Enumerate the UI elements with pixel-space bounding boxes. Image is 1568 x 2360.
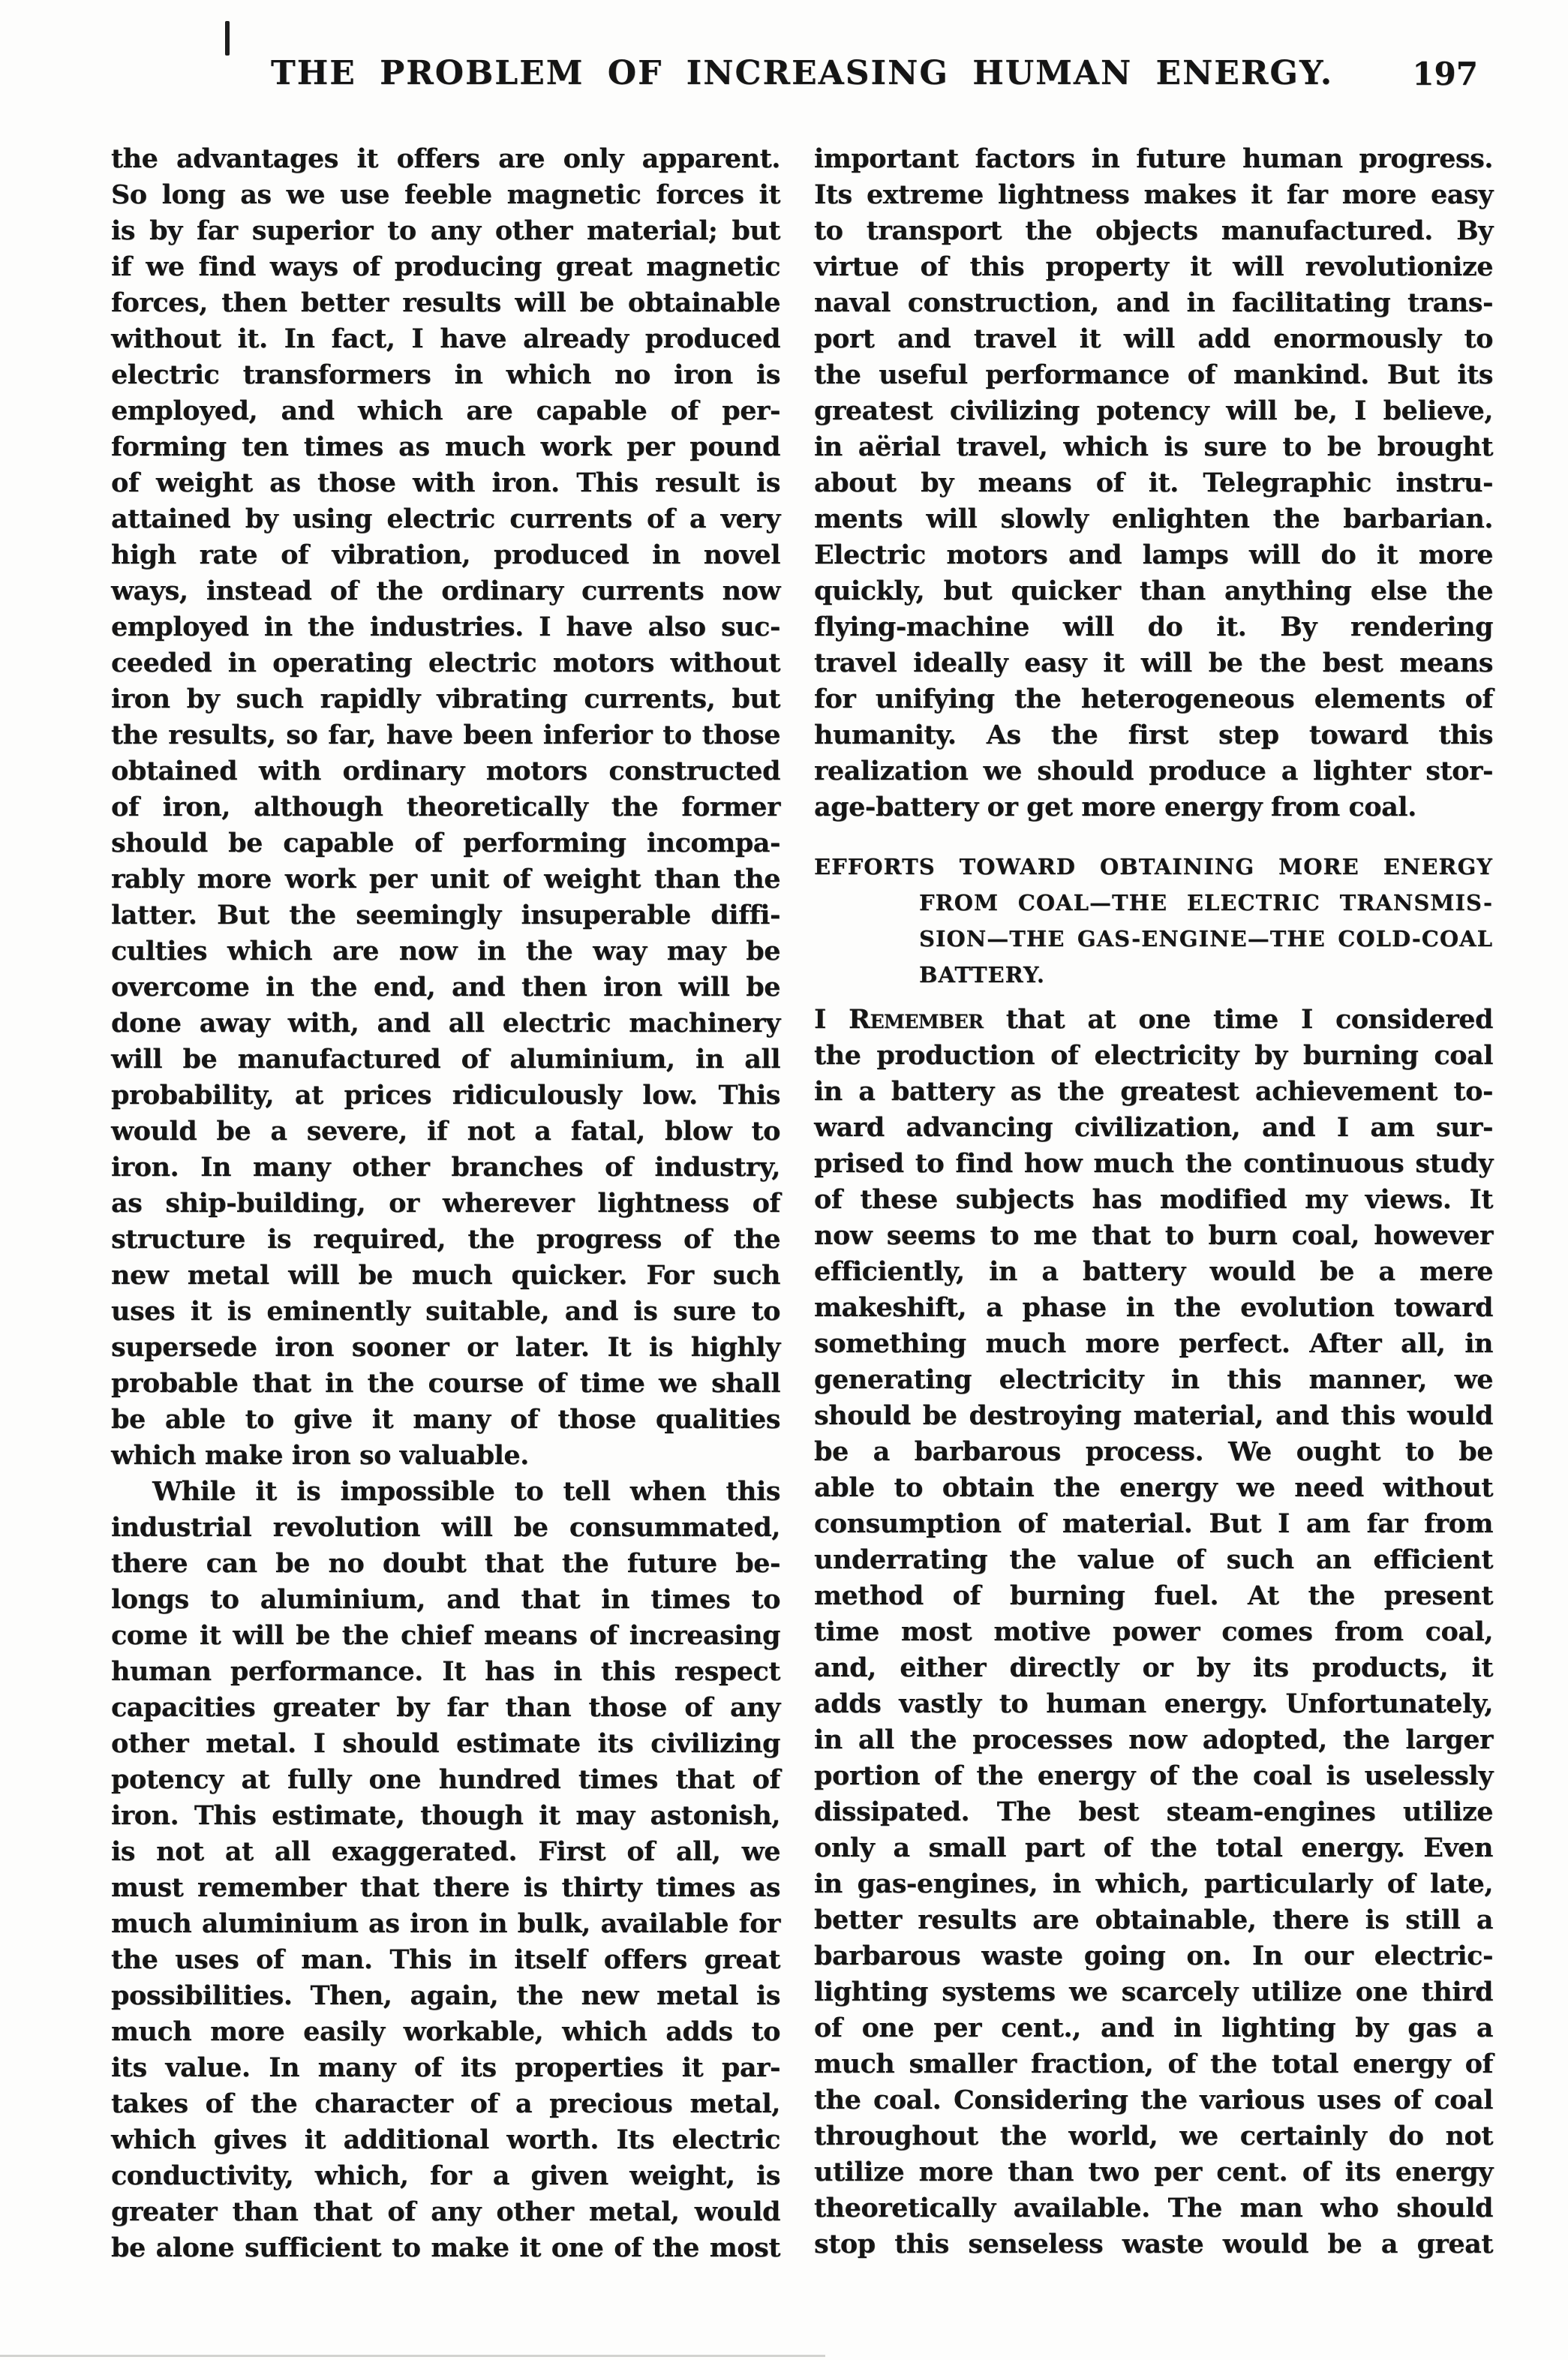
text-line: be alone sufficient to make it one of th… xyxy=(111,2230,780,2266)
text-line: must remember that there is thirty times… xyxy=(111,1870,780,1906)
text-line: throughout the world, we certainly do no… xyxy=(814,2118,1493,2154)
text-line: lighting systems we scarcely utilize one… xyxy=(814,1974,1493,2010)
scanned-page: THE PROBLEM OF INCREASING HUMAN ENERGY. … xyxy=(0,0,1568,2360)
text-line: important factors in future human progre… xyxy=(814,141,1493,177)
text-line: be able to give it many of those qualiti… xyxy=(111,1402,780,1438)
text-line: travel ideally easy it will be the best … xyxy=(814,645,1493,681)
text-line: in a battery as the greatest achievement… xyxy=(814,1074,1493,1110)
text-line: theoretically available. The man who sho… xyxy=(814,2190,1493,2226)
text-line: should be destroying material, and this … xyxy=(814,1398,1493,1434)
text-line: much aluminium as iron in bulk, availabl… xyxy=(111,1906,780,1942)
text-line: BATTERY. xyxy=(814,957,1493,993)
text-line: is not at all exaggerated. First of all,… xyxy=(111,1834,780,1870)
text-line: would be a severe, if not a fatal, blow … xyxy=(111,1114,780,1150)
text-line: iron by such rapidly vibrating currents,… xyxy=(111,681,780,717)
text-line: better results are obtainable, there is … xyxy=(814,1902,1493,1938)
text-line: capacities greater by far than those of … xyxy=(111,1690,780,1726)
text-line: structure is required, the progress of t… xyxy=(111,1222,780,1258)
text-line: come it will be the chief means of incre… xyxy=(111,1618,780,1654)
text-line: Its extreme lightness makes it far more … xyxy=(814,177,1493,213)
text-line: without it. In fact, I have already prod… xyxy=(111,321,780,357)
text-line: SION—THE GAS-ENGINE—THE COLD-COAL xyxy=(814,921,1493,957)
text-line: flying-machine will do it. By rendering xyxy=(814,609,1493,645)
text-line: prised to find how much the continuous s… xyxy=(814,1146,1493,1182)
text-line: probable that in the course of time we s… xyxy=(111,1366,780,1402)
text-line: takes of the character of a precious met… xyxy=(111,2086,780,2122)
text-line: overcome in the end, and then iron will … xyxy=(111,970,780,1006)
text-line: culties which are now in the way may be xyxy=(111,933,780,970)
text-line: underrating the value of such an efficie… xyxy=(814,1542,1493,1578)
text-line: about by means of it. Telegraphic instru… xyxy=(814,465,1493,501)
text-line: the advantages it offers are only appare… xyxy=(111,141,780,177)
text-line: is by far superior to any other material… xyxy=(111,213,780,249)
text-line: rably more work per unit of weight than … xyxy=(111,861,780,897)
page-number: 197 xyxy=(1412,56,1478,92)
text-line: of weight as those with iron. This resul… xyxy=(111,465,780,501)
text-line: as ship-building, or wherever lightness … xyxy=(111,1186,780,1222)
text-line: obtained with ordinary motors constructe… xyxy=(111,753,780,789)
text-line: which make iron so valuable. xyxy=(111,1438,780,1474)
text-line: in gas-engines, in which, particularly o… xyxy=(814,1866,1493,1902)
text-line: naval construction, and in facilitating … xyxy=(814,285,1493,321)
text-line: ceeded in operating electric motors with… xyxy=(111,645,780,681)
text-line: I Remember that at one time I considered xyxy=(814,1002,1493,1038)
text-line: port and travel it will add enormously t… xyxy=(814,321,1493,357)
text-line: age-battery or get more energy from coal… xyxy=(814,789,1493,825)
text-line: utilize more than two per cent. of its e… xyxy=(814,2154,1493,2190)
section-heading: EFFORTS TOWARD OBTAINING MORE ENERGYFROM… xyxy=(814,849,1493,993)
page-header: THE PROBLEM OF INCREASING HUMAN ENERGY. … xyxy=(111,54,1493,107)
text-line: While it is impossible to tell when this xyxy=(111,1474,780,1510)
text-line: of iron, although theoretically the form… xyxy=(111,789,780,825)
text-line: the results, so far, have been inferior … xyxy=(111,717,780,753)
text-line: humanity. As the first step toward this xyxy=(814,717,1493,753)
text-line: greatest civilizing potency will be, I b… xyxy=(814,393,1493,429)
text-line: stop this senseless waste would be a gre… xyxy=(814,2226,1493,2262)
paragraph: the advantages it offers are only appare… xyxy=(111,141,780,1474)
text-line: generating electricity in this manner, w… xyxy=(814,1362,1493,1398)
text-line: other metal. I should estimate its civil… xyxy=(111,1726,780,1762)
text-line: employed, and which are capable of per- xyxy=(111,393,780,429)
paragraph: I Remember that at one time I considered… xyxy=(814,1002,1493,2262)
paragraph: While it is impossible to tell when this… xyxy=(111,1474,780,2266)
text-line: makeshift, a phase in the evolution towa… xyxy=(814,1290,1493,1326)
text-line: conductivity, which, for a given weight,… xyxy=(111,2158,780,2194)
text-line: in aërial travel, which is sure to be br… xyxy=(814,429,1493,465)
text-line: So long as we use feeble magnetic forces… xyxy=(111,177,780,213)
article-title: THE PROBLEM OF INCREASING HUMAN ENERGY. xyxy=(111,54,1493,92)
text-line: time most motive power comes from coal, xyxy=(814,1614,1493,1650)
text-line: the uses of man. This in itself offers g… xyxy=(111,1942,780,1978)
text-line: something much more perfect. After all, … xyxy=(814,1326,1493,1362)
text-line: ways, instead of the ordinary currents n… xyxy=(111,573,780,609)
scan-edge-artifact xyxy=(0,2355,825,2357)
text-line: human performance. It has in this respec… xyxy=(111,1654,780,1690)
text-line: dissipated. The best steam-engines utili… xyxy=(814,1794,1493,1830)
scan-artifact xyxy=(225,21,230,56)
text-line: to transport the objects manufactured. B… xyxy=(814,213,1493,249)
text-line: of one per cent., and in lighting by gas… xyxy=(814,2010,1493,2046)
text-line: much smaller fraction, of the total ener… xyxy=(814,2046,1493,2082)
text-line: probability, at prices ridiculously low.… xyxy=(111,1078,780,1114)
text-line: the useful performance of mankind. But i… xyxy=(814,357,1493,393)
text-line: for unifying the heterogeneous elements … xyxy=(814,681,1493,717)
text-line: will be manufactured of aluminium, in al… xyxy=(111,1042,780,1078)
text-line: greater than that of any other metal, wo… xyxy=(111,2194,780,2230)
text-line: virtue of this property it will revoluti… xyxy=(814,249,1493,285)
text-line: FROM COAL—THE ELECTRIC TRANSMIS- xyxy=(814,885,1493,921)
text-line: latter. But the seemingly insuperable di… xyxy=(111,897,780,933)
text-line: Electric motors and lamps will do it mor… xyxy=(814,537,1493,573)
text-line: portion of the energy of the coal is use… xyxy=(814,1758,1493,1794)
text-line: iron. This estimate, though it may aston… xyxy=(111,1798,780,1834)
text-line: efficiently, in a battery would be a mer… xyxy=(814,1254,1493,1290)
text-line: realization we should produce a lighter … xyxy=(814,753,1493,789)
smallcaps-text: Remember xyxy=(849,1004,984,1035)
text-segment: that at one time I considered xyxy=(984,1004,1493,1035)
text-line: in all the processes now adopted, the la… xyxy=(814,1722,1493,1758)
text-line: of these subjects has modified my views.… xyxy=(814,1182,1493,1218)
text-line: now seems to me that to burn coal, howev… xyxy=(814,1218,1493,1254)
text-line: and, either directly or by its products,… xyxy=(814,1650,1493,1686)
text-line: attained by using electric currents of a… xyxy=(111,501,780,537)
text-line: the production of electricity by burning… xyxy=(814,1038,1493,1074)
text-line: EFFORTS TOWARD OBTAINING MORE ENERGY xyxy=(814,849,1493,885)
text-line: its value. In many of its properties it … xyxy=(111,2050,780,2086)
text-line: method of burning fuel. At the present xyxy=(814,1578,1493,1614)
text-line: supersede iron sooner or later. It is hi… xyxy=(111,1330,780,1366)
text-line: longs to aluminium, and that in times to xyxy=(111,1582,780,1618)
text-line: new metal will be much quicker. For such xyxy=(111,1258,780,1294)
text-line: forming ten times as much work per pound xyxy=(111,429,780,465)
left-text-column: the advantages it offers are only appare… xyxy=(111,141,780,2266)
text-line: should be capable of performing incompa- xyxy=(111,825,780,861)
text-line: only a small part of the total energy. E… xyxy=(814,1830,1493,1866)
text-line: ward advancing civilization, and I am su… xyxy=(814,1110,1493,1146)
text-line: iron. In many other branches of industry… xyxy=(111,1150,780,1186)
text-line: there can be no doubt that the future be… xyxy=(111,1546,780,1582)
text-segment: I xyxy=(814,1004,849,1035)
text-line: potency at fully one hundred times that … xyxy=(111,1762,780,1798)
text-line: possibilities. Then, again, the new meta… xyxy=(111,1978,780,2014)
text-line: be a barbarous process. We ought to be xyxy=(814,1434,1493,1470)
text-line: uses it is eminently suitable, and is su… xyxy=(111,1294,780,1330)
text-line: able to obtain the energy we need withou… xyxy=(814,1470,1493,1506)
text-line: industrial revolution will be consummate… xyxy=(111,1510,780,1546)
text-line: much more easily workable, which adds to xyxy=(111,2014,780,2050)
right-text-column: important factors in future human progre… xyxy=(814,141,1493,2262)
text-line: barbarous waste going on. In our electri… xyxy=(814,1938,1493,1974)
text-line: forces, then better results will be obta… xyxy=(111,285,780,321)
text-line: which gives it additional worth. Its ele… xyxy=(111,2122,780,2158)
text-line: ments will slowly enlighten the barbaria… xyxy=(814,501,1493,537)
text-line: high rate of vibration, produced in nove… xyxy=(111,537,780,573)
text-line: done away with, and all electric machine… xyxy=(111,1006,780,1042)
text-line: electric transformers in which no iron i… xyxy=(111,357,780,393)
text-line: quickly, but quicker than anything else … xyxy=(814,573,1493,609)
text-line: employed in the industries. I have also … xyxy=(111,609,780,645)
paragraph: important factors in future human progre… xyxy=(814,141,1493,825)
text-line: adds vastly to human energy. Unfortunate… xyxy=(814,1686,1493,1722)
text-line: the coal. Considering the various uses o… xyxy=(814,2082,1493,2118)
text-line: if we find ways of producing great magne… xyxy=(111,249,780,285)
text-line: consumption of material. But I am far fr… xyxy=(814,1506,1493,1542)
